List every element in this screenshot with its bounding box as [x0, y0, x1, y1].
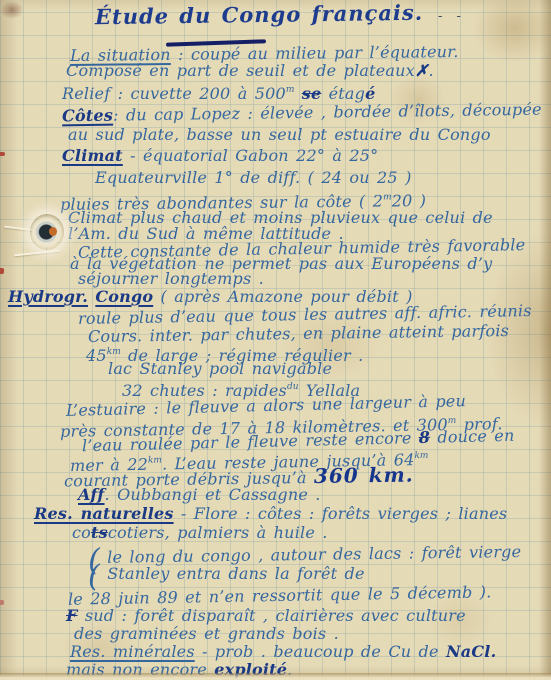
heading-segment: Hydrogr.: [8, 287, 88, 306]
text-segment: .: [428, 61, 433, 80]
text-segment: étag: [321, 84, 365, 103]
heading-segment: Res. minérales: [70, 642, 195, 661]
paper-crease: [14, 250, 60, 257]
page-title: Étude du Congo français.: [95, 4, 423, 27]
text-segment: ✗: [415, 61, 429, 80]
heading-segment: Aff: [78, 485, 105, 504]
handwritten-line: Res. minérales - prob . beaucoup de Cu d…: [70, 643, 496, 661]
text-segment: ts: [91, 523, 108, 542]
text-segment: km: [148, 456, 162, 466]
heading-segment: Climat: [62, 146, 123, 165]
pen-dashes: - -: [438, 8, 465, 26]
text-segment: du: [287, 382, 299, 392]
text-segment: le 28 juin 89 et n’en ressortit que le 5…: [68, 582, 492, 608]
text-segment: cotiers, palmiers à huile .: [108, 523, 328, 542]
text-segment: - équatorial Gabon 22° à 25°: [123, 146, 379, 165]
handwritten-line: Côtes: du cap Lopez : élevée , bordée d’…: [62, 101, 542, 126]
text-segment: Relief : cuvette 200 à 500: [62, 84, 286, 103]
notebook-page: Étude du Congo français. - - La situatio…: [0, 0, 551, 680]
heading-segment: Res. naturelles: [34, 504, 174, 523]
text-segment: sud : forêt disparaît , clairières avec …: [78, 606, 466, 625]
text-segment: - Flore : côtes : forêts vierges ; liane…: [174, 504, 508, 523]
text-segment: km: [107, 347, 121, 357]
text-segment: plateaux: [344, 61, 415, 80]
handwritten-line: Relief : cuvette 200 à 500m se étagé: [62, 81, 375, 103]
text-segment: Étude du Congo français.: [95, 0, 423, 29]
text-segment: co: [72, 523, 91, 542]
handwritten-line: Equateurville 1° de diff. ( 24 ou 25 ): [95, 169, 412, 187]
text-segment: - -: [438, 9, 465, 24]
text-segment: [294, 84, 301, 103]
text-segment: douce en: [430, 426, 515, 447]
handwritten-line: F sud : forêt disparaît , clairières ave…: [66, 607, 466, 625]
handwritten-line: des graminées et grands bois .: [74, 625, 339, 643]
handwritten-line: séjourner longtemps .: [78, 271, 264, 287]
handwritten-line: cotscotiers, palmiers à huile .: [72, 524, 328, 542]
handwritten-line: Aff. Oubbangi et Cassagne .: [78, 486, 321, 504]
heading-segment: Côtes: [62, 106, 113, 126]
text-segment: 360 km.: [314, 463, 414, 488]
red-edge-mark: [0, 268, 4, 274]
handwritten-line: le 28 juin 89 et n’en ressortit que le 5…: [68, 583, 492, 608]
text-segment: séjourner longtemps .: [78, 269, 264, 288]
handwritten-line: Composé en part de seuil et de plateaux✗…: [66, 62, 434, 80]
text-segment: m: [383, 192, 392, 202]
text-segment: se: [302, 84, 322, 103]
text-segment: 8: [419, 428, 431, 447]
text-segment: NaCl.: [446, 642, 496, 661]
text-segment: des graminées et grands bois .: [74, 624, 339, 643]
text-segment: é: [365, 84, 375, 103]
text-segment: Composé en part de seuil et de: [66, 61, 344, 80]
text-segment: 45: [86, 346, 107, 365]
heading-segment: Congo: [95, 287, 153, 306]
red-edge-mark: [0, 152, 5, 156]
red-edge-mark: [0, 600, 4, 605]
text-segment: lac Stanley pool navigable: [108, 359, 332, 378]
text-segment: - prob . beaucoup de Cu de: [195, 642, 446, 661]
text-segment: km: [414, 451, 428, 461]
text-segment: au sud plate, basse un seul pt estuaire …: [68, 125, 491, 144]
text-segment: . Oubbangi et Cassagne .: [105, 485, 321, 504]
punch-hole: [30, 214, 64, 250]
handwritten-line: Climat - équatorial Gabon 22° à 25°: [62, 147, 378, 165]
page-bottom-edge: [0, 673, 551, 680]
text-segment: : du cap Lopez : élevée , bordée d’îlots…: [113, 100, 542, 125]
handwritten-line: lac Stanley pool navigable: [108, 360, 332, 378]
handwritten-line: au sud plate, basse un seul pt estuaire …: [68, 126, 491, 144]
text-segment: F: [66, 606, 78, 625]
text-segment: Stanley entra dans la forêt de: [100, 564, 365, 583]
text-segment: Equateurville 1° de diff. ( 24 ou 25 ): [95, 168, 412, 187]
handwritten-line: Res. naturelles - Flore : côtes : forêts…: [34, 505, 507, 523]
handwritten-line: ( Stanley entra dans la forêt de: [88, 565, 365, 583]
